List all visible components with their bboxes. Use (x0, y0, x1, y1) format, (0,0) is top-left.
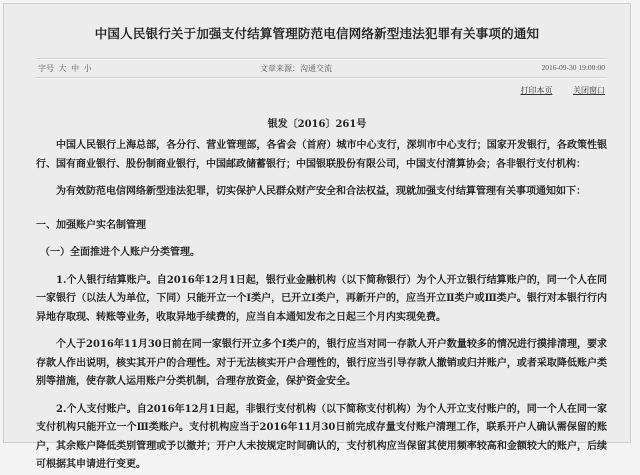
document-number: 银发〔2016〕261号 (4, 115, 630, 130)
document-page: 中国人民银行关于加强支付结算管理防范电信网络新型违法犯罪有关事项的通知 字号 大… (3, 3, 631, 439)
publish-date: 2016-09-30 19:00:00 (541, 63, 605, 72)
document-title: 中国人民银行关于加强支付结算管理防范电信网络新型违法犯罪有关事项的通知 (4, 24, 630, 42)
spacer (36, 174, 607, 183)
spacer (36, 327, 607, 336)
subsection-heading: （一）全面推进个人账户分类管理。 (36, 244, 607, 263)
font-size-label: 字号 (38, 64, 54, 73)
spacer (36, 202, 607, 211)
meta-bar: 字号 大 中 小 文章来源：沟通交流 2016-09-30 19:00:00 (36, 58, 607, 78)
close-window-link[interactable]: 关闭窗口 (573, 86, 605, 95)
body-paragraph: 1.个人银行结算账户。自2016年12月1日起，银行业金融机构（以下简称银行）为… (36, 272, 607, 328)
body-paragraph: 2.个人支付账户。自2016年12月1日起，非银行支付机构（以下简称支付机构）为… (36, 401, 607, 440)
body-paragraph: 个人于2016年11月30日前在同一家银行开立多个Ⅰ类户的，银行应当对同一存款人… (36, 336, 607, 392)
font-size-medium-button[interactable]: 中 (71, 64, 79, 73)
addressees-paragraph: 中国人民银行上海总部，各分行、营业管理部，各省会（首府）城市中心支行，深圳市中心… (36, 137, 607, 174)
spacer (36, 235, 607, 244)
font-size-small-button[interactable]: 小 (84, 64, 92, 73)
font-size-control: 字号 大 中 小 (38, 63, 94, 74)
article-source: 文章来源：沟通交流 (260, 63, 332, 74)
font-size-large-button[interactable]: 大 (59, 64, 67, 73)
page-actions: 打印本页 关闭窗口 (502, 85, 605, 96)
spacer (36, 263, 607, 272)
intro-paragraph: 为有效防范电信网络新型违法犯罪，切实保护人民群众财产安全和合法权益，现就加强支付… (36, 183, 607, 202)
spacer (36, 392, 607, 401)
document-body: 中国人民银行上海总部，各分行、营业管理部，各省会（首府）城市中心支行，深圳市中心… (36, 137, 607, 439)
section-heading: 一、加强账户实名制管理 (36, 217, 607, 236)
print-page-link[interactable]: 打印本页 (520, 86, 552, 95)
